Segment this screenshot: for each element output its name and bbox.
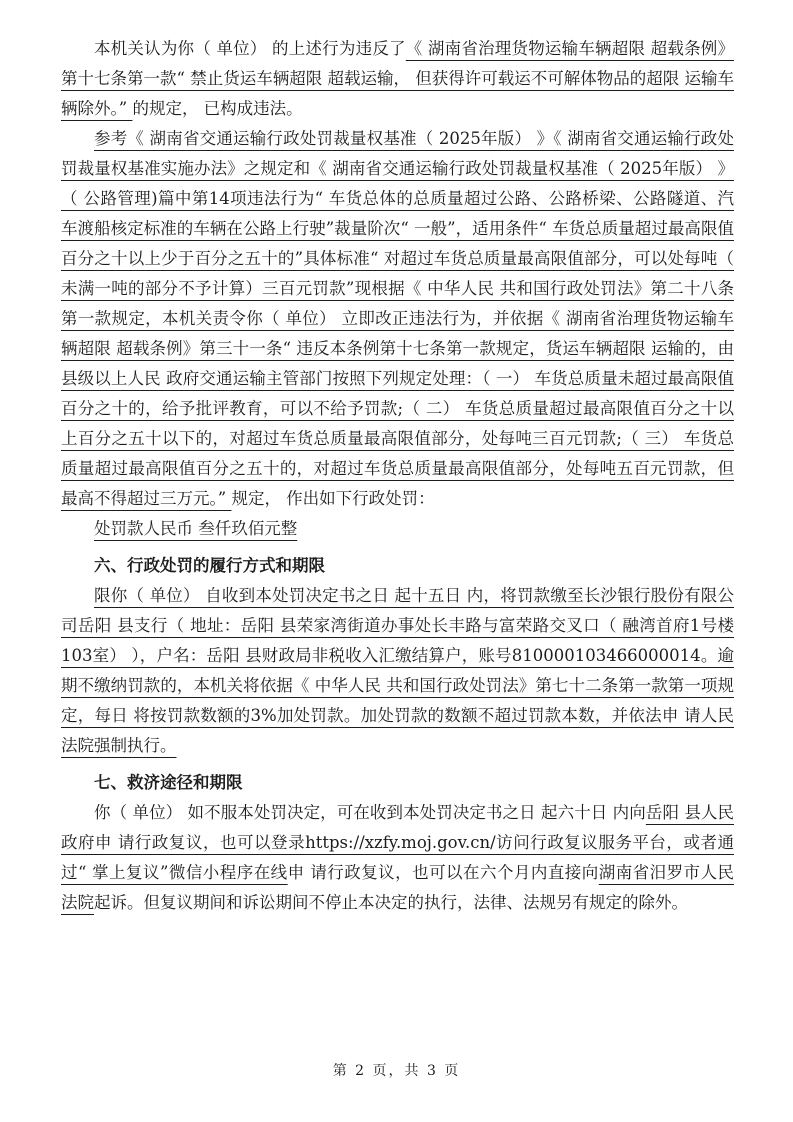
plain-text: 七、救济途径和期限 xyxy=(94,773,243,792)
document-body: 本机关认为你（ 单位） 的上述行为违反了《 湖南省治理货物运输车辆超限 超载条例… xyxy=(61,34,734,918)
para-violation-finding: 本机关认为你（ 单位） 的上述行为违反了《 湖南省治理货物运输车辆超限 超载条例… xyxy=(61,34,734,124)
plain-text: 规定， 作出如下行政处罚： xyxy=(231,489,434,508)
para-remedies: 你（ 单位） 如不服本处罚决定，可在收到本处罚决定书之日 起六十日 内向岳阳 县… xyxy=(61,798,734,918)
plain-text: 本机关认为你（ 单位） 的上述行为违反了 xyxy=(94,39,406,58)
plain-text: 起诉。但复议期间和诉讼期间不停止本决定的执行，法律、法规另有规定的除外。 xyxy=(94,893,688,912)
plain-text: 申 请行政复议，也可以在六个月内直接向 xyxy=(288,863,599,882)
underlined-text: 限你（ 单位） 自收到本处罚决定书之日 起十五日 内，将罚款缴至长沙银行股份有限… xyxy=(61,586,734,755)
plain-text: 你（ 单位） 如不服本处罚决定，可在收到本处罚决定书之日 起六十日 内向 xyxy=(94,803,646,822)
para-payment-instructions: 限你（ 单位） 自收到本处罚决定书之日 起十五日 内，将罚款缴至长沙银行股份有限… xyxy=(61,581,734,761)
underlined-text: 参考《 湖南省交通运输行政处罚裁量权基准（ 2025年版） 》《 湖南省交通运输… xyxy=(61,129,734,508)
heading-section-6: 六、行政处罚的履行方式和期限 xyxy=(61,551,734,581)
underlined-text: 处罚款人民币 叁仟玖佰元整 xyxy=(94,519,297,538)
para-penalty-amount: 处罚款人民币 叁仟玖佰元整 xyxy=(61,514,734,544)
plain-text: 六、行政处罚的履行方式和期限 xyxy=(94,556,325,575)
page-number: 第 2 页，共 3 页 xyxy=(0,1060,793,1080)
para-legal-basis-and-discretion: 参考《 湖南省交通运输行政处罚裁量权基准（ 2025年版） 》《 湖南省交通运输… xyxy=(61,124,734,514)
heading-section-7: 七、救济途径和期限 xyxy=(61,768,734,798)
document-page: 本机关认为你（ 单位） 的上述行为违反了《 湖南省治理货物运输车辆超限 超载条例… xyxy=(0,0,793,1122)
plain-text: 的规定， 已构成违法。 xyxy=(132,99,302,118)
